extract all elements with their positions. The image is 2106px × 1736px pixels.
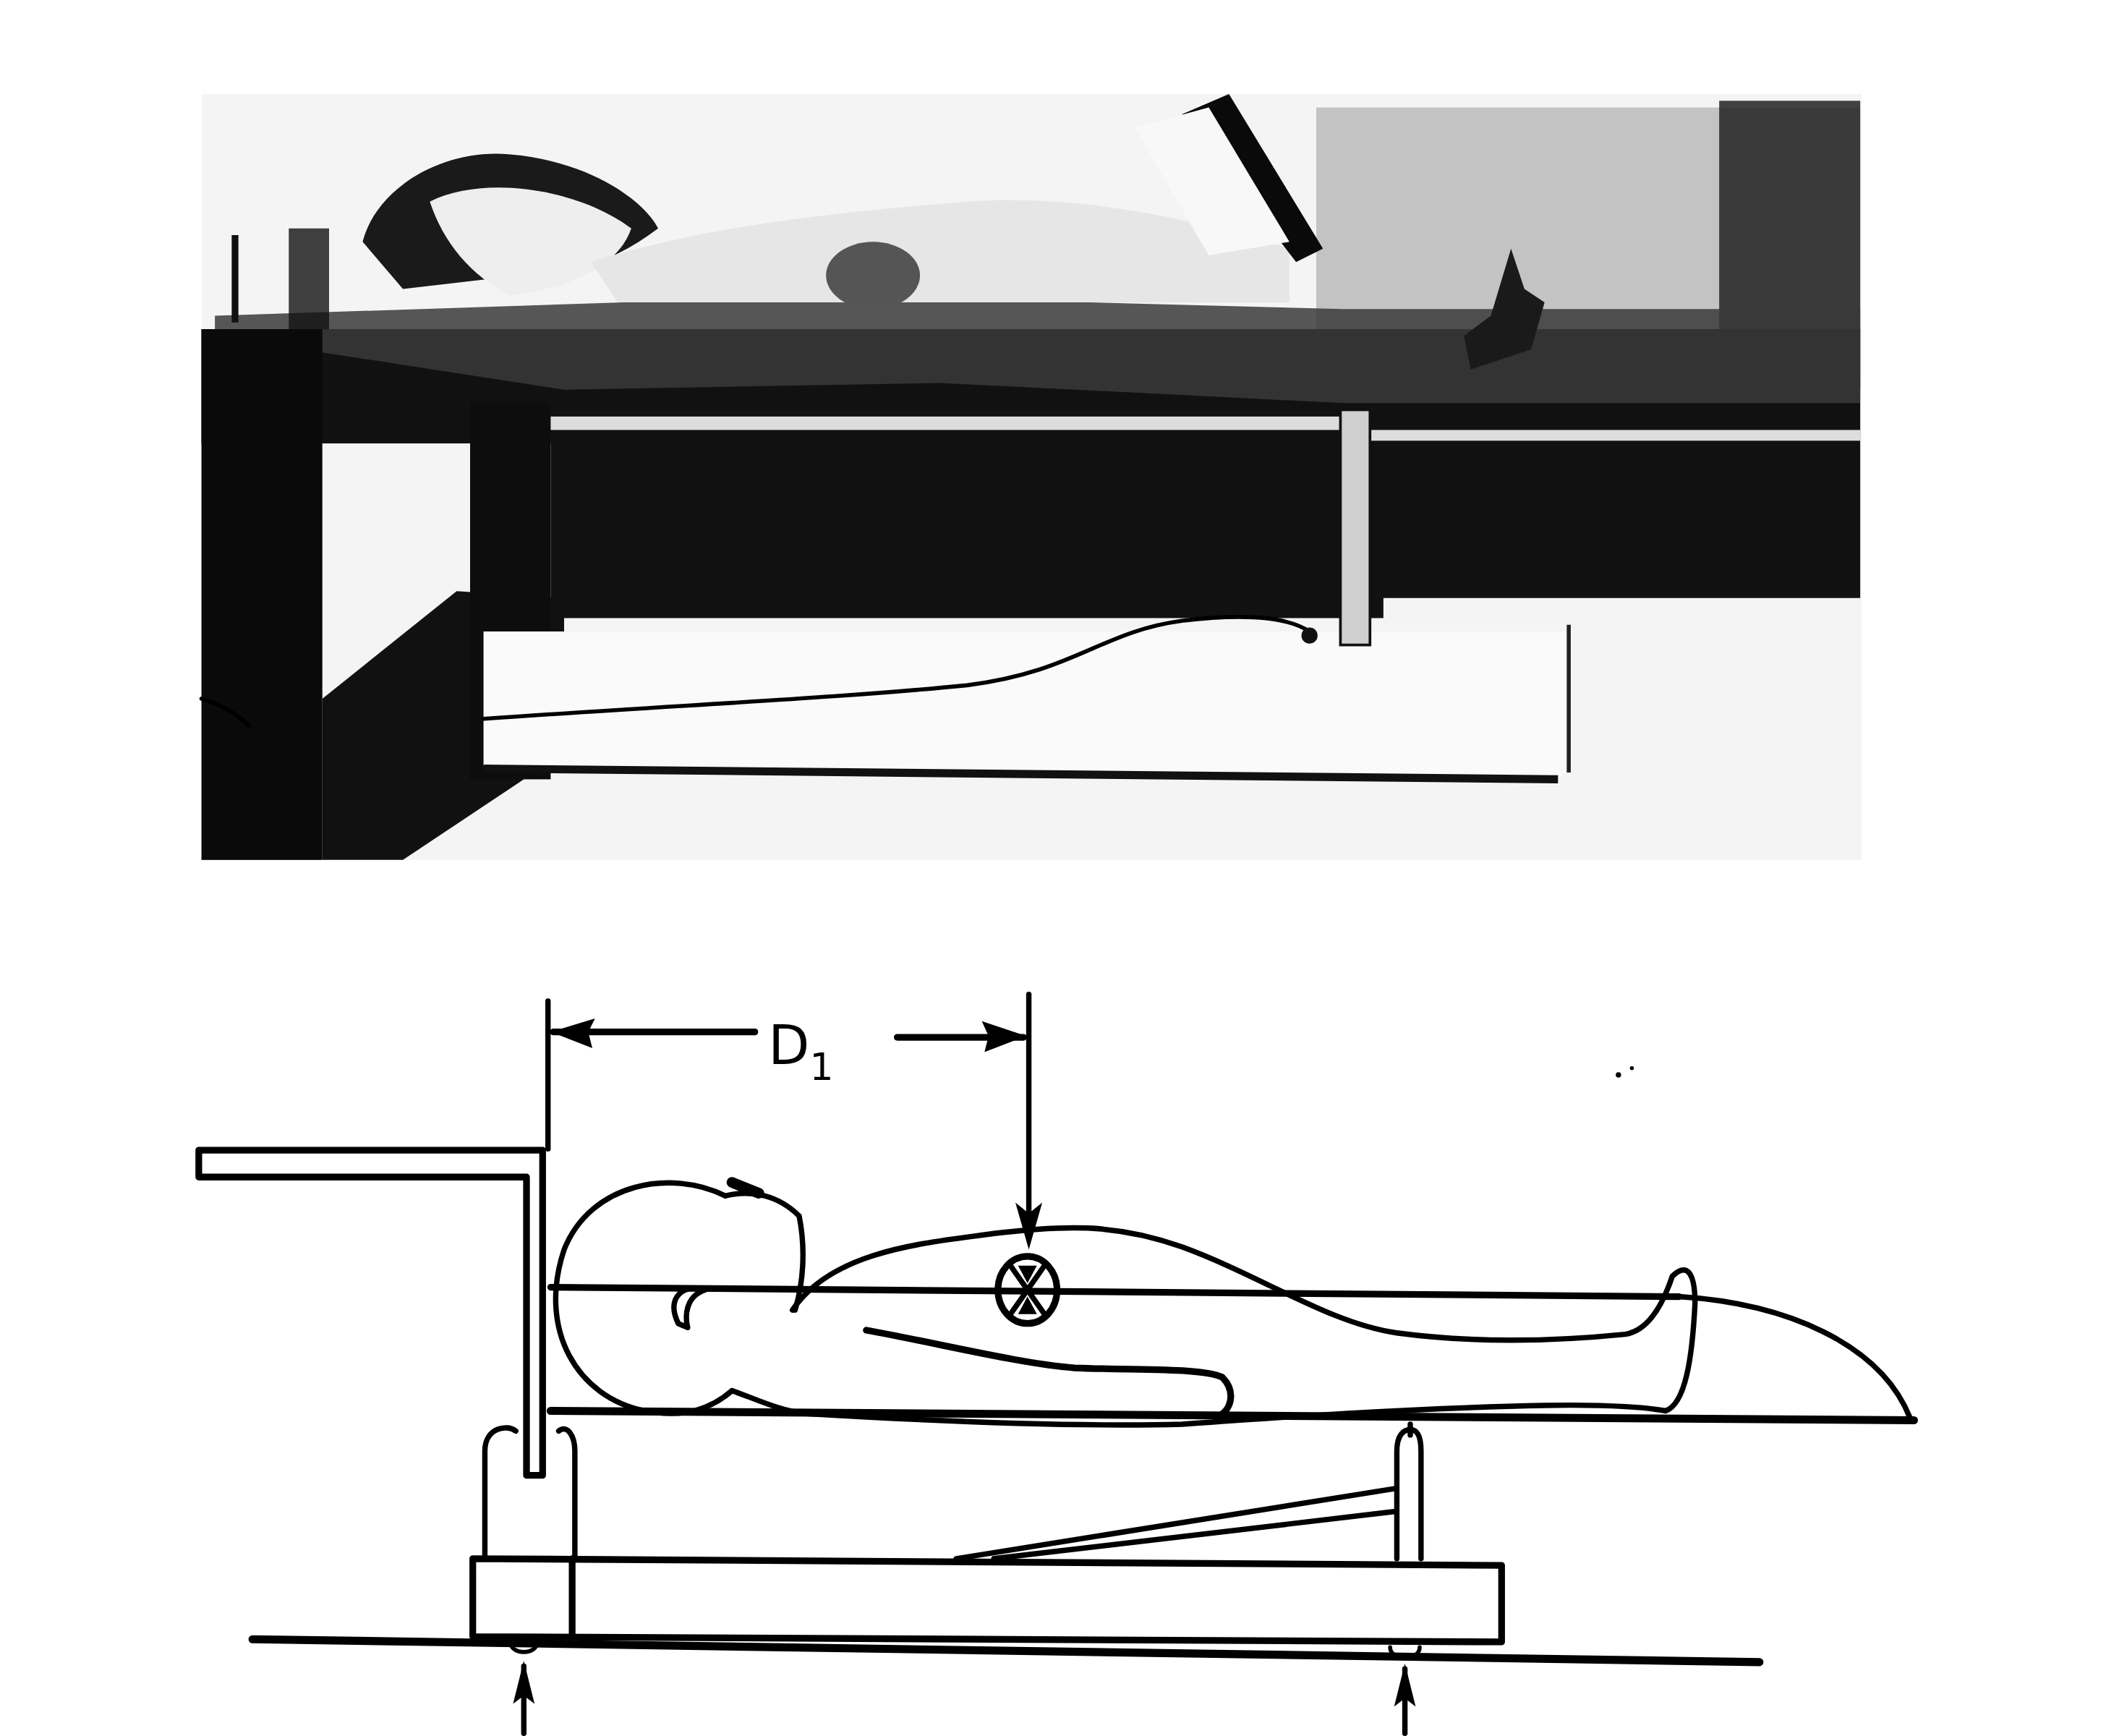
- reference-line: [550, 1288, 1679, 1297]
- infant-outline: [555, 1183, 1694, 1425]
- photo-head-block: [289, 229, 329, 329]
- board: [550, 1410, 1914, 1420]
- infant-body-outline: [793, 1227, 1695, 1410]
- right-support-post: [1397, 1429, 1420, 1558]
- line-diagram: D1: [199, 995, 1914, 1734]
- foot-pad-outline: [1679, 1297, 1909, 1418]
- infant-ear: [674, 1288, 705, 1327]
- arrow-right-icon: [982, 1021, 1026, 1052]
- infant-arm: [866, 1330, 1231, 1418]
- speck: [1630, 1066, 1634, 1071]
- base-frame: [473, 1559, 1502, 1642]
- photo-scale-platform: [484, 631, 1572, 779]
- diagonal-brace: [956, 1489, 1394, 1559]
- dimension-d1: D1: [548, 995, 1029, 1217]
- right-foot-pad: [1390, 1647, 1420, 1657]
- photograph: [202, 94, 1862, 860]
- speck: [1616, 1072, 1621, 1077]
- photo-post: [1340, 410, 1370, 645]
- infant-head: [555, 1183, 732, 1413]
- figure: D1: [0, 0, 2106, 1736]
- photo-rail-right: [1343, 430, 1860, 441]
- photo-cable-plug: [1302, 627, 1318, 643]
- photo-rail: [537, 417, 1343, 430]
- photo-left-frame: [202, 329, 323, 860]
- dimension-label: D1: [768, 1014, 833, 1089]
- photo-infant-hand: [826, 242, 920, 309]
- arrow-left-icon: [550, 1018, 594, 1048]
- head-stop-bracket: [199, 1150, 542, 1476]
